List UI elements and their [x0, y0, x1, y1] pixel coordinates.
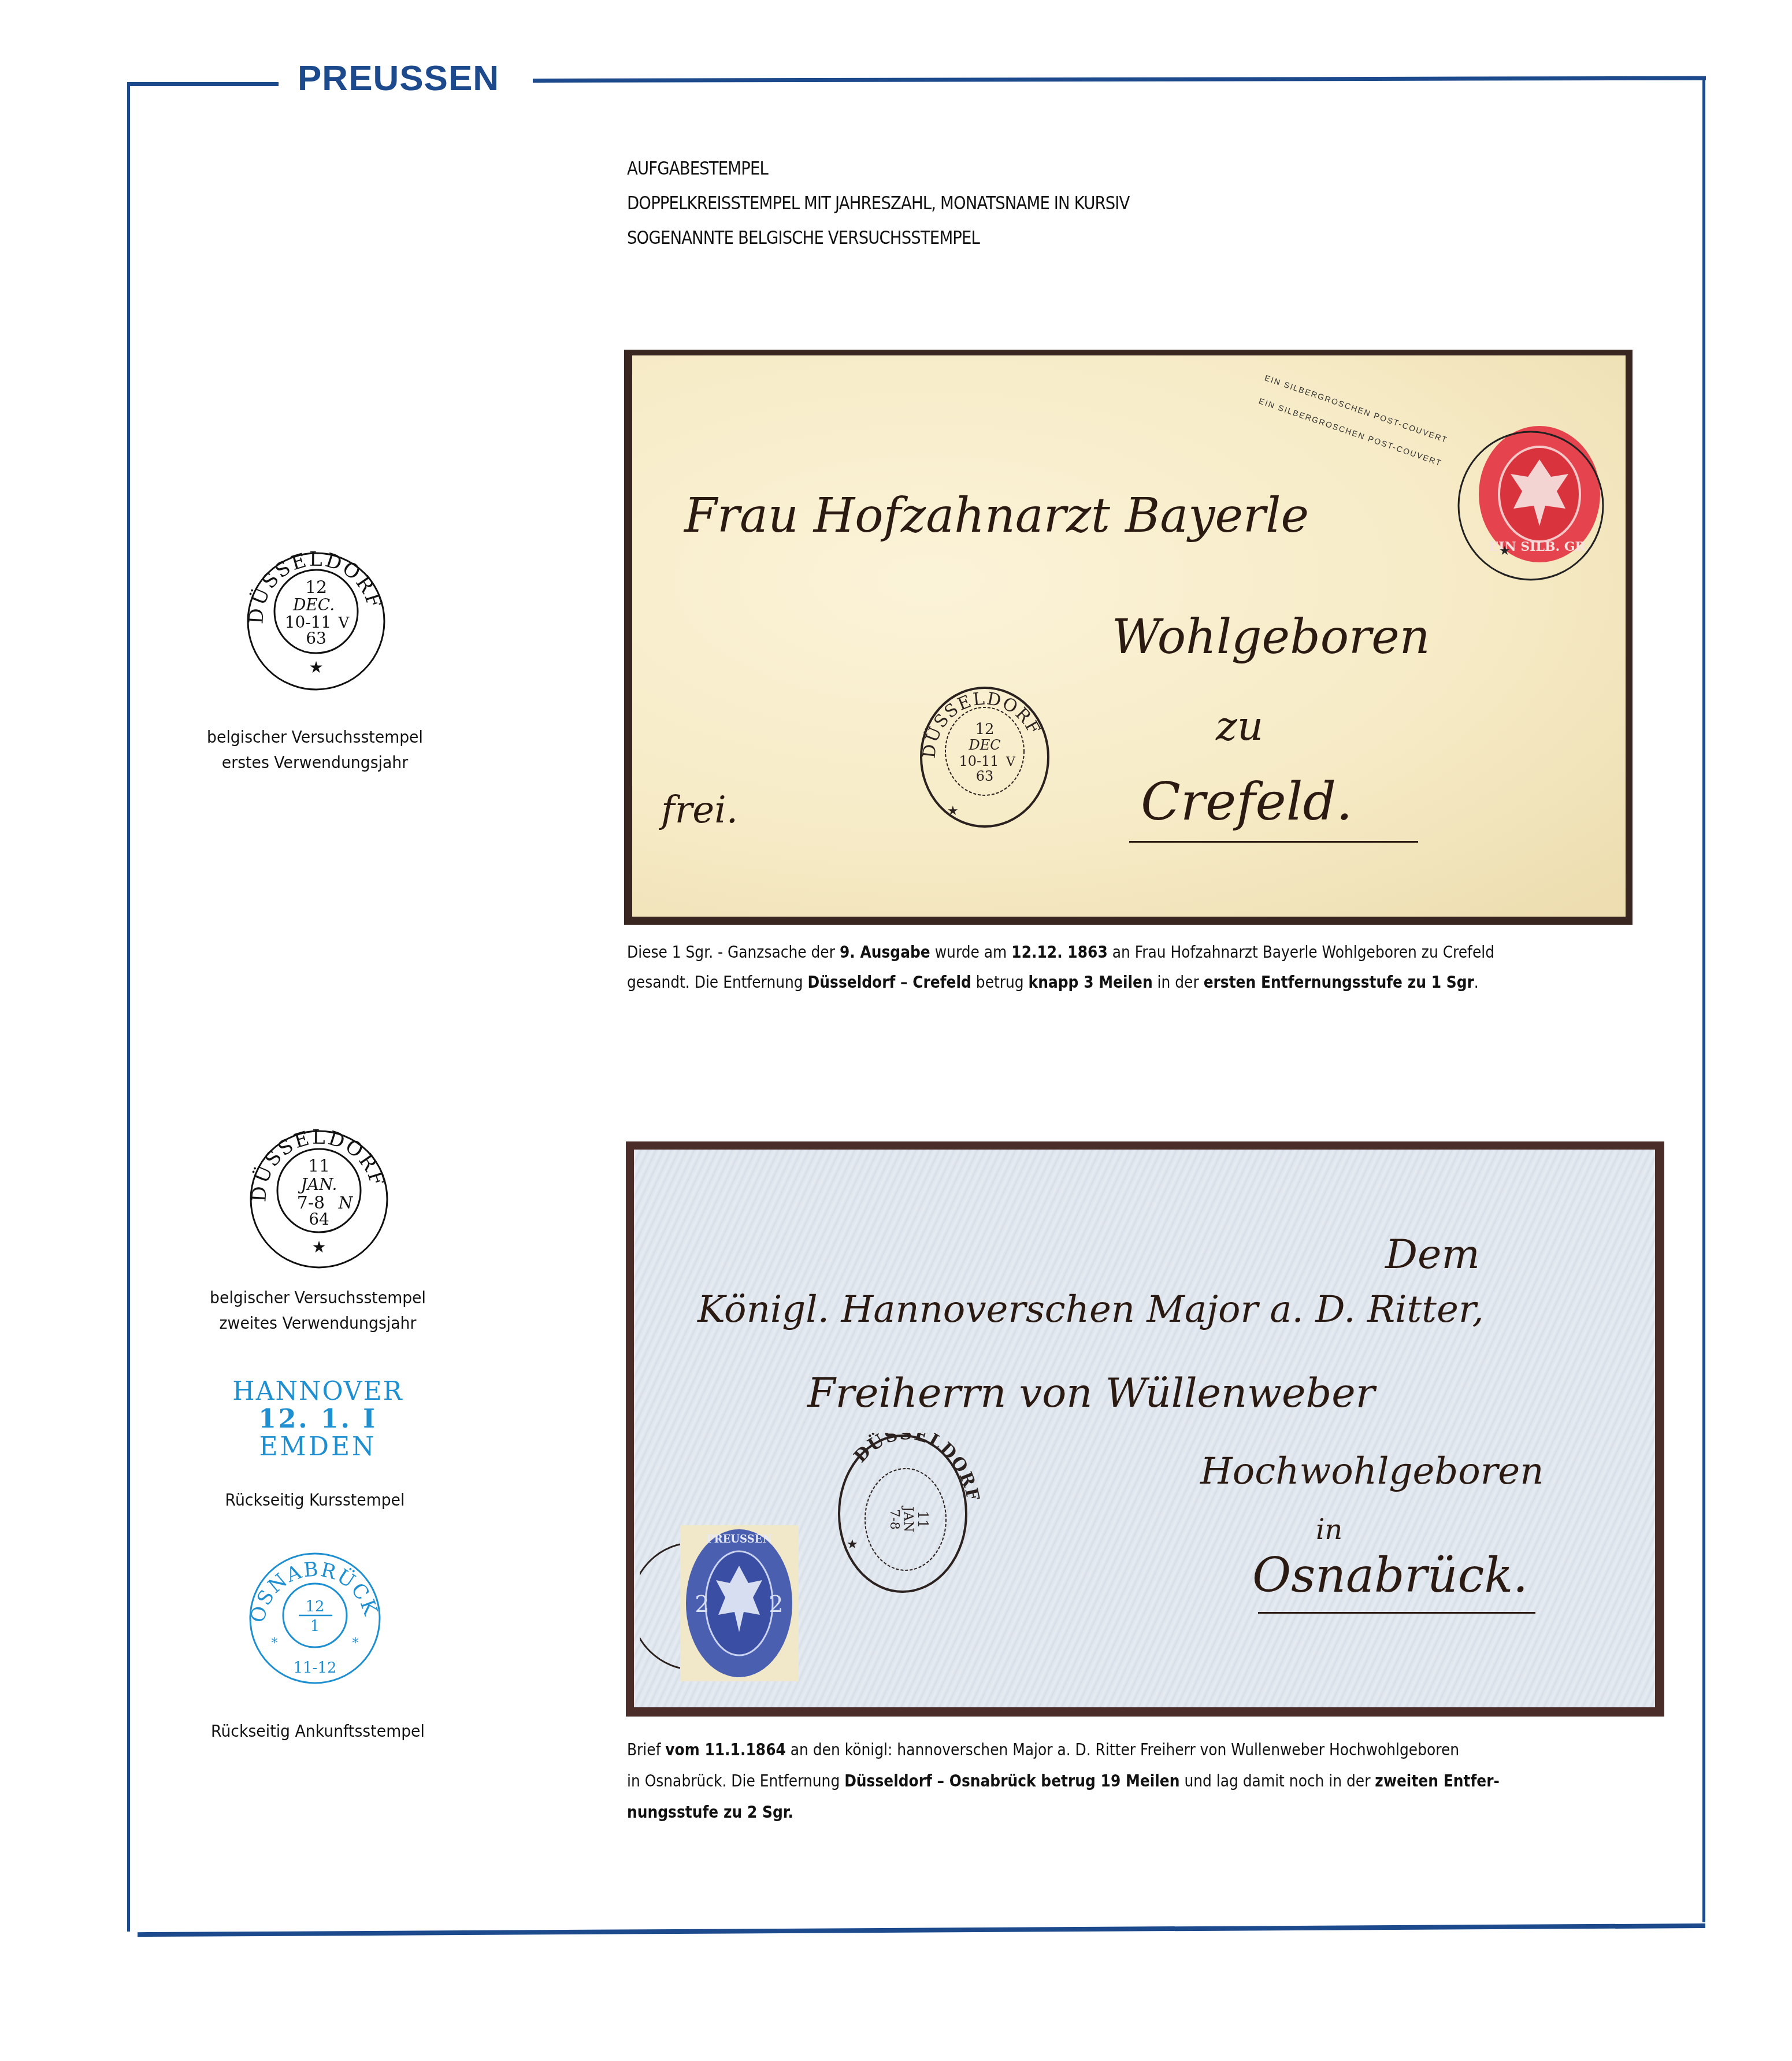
- stamp1-caption-line1: belgischer Versuchsstempel: [177, 727, 453, 747]
- envelope1-caption-line2: gesandt. Die Entfernung Düsseldorf – Cre…: [627, 972, 1479, 992]
- svg-text:1: 1: [310, 1618, 320, 1635]
- duesseldorf-1864-postmark-illustration: DÜSSELDORF 11 JAN. 7-8 N 64 ★: [243, 1118, 396, 1280]
- frame-left: [127, 82, 130, 1932]
- stamp2-caption-line1: belgischer Versuchsstempel: [180, 1288, 456, 1307]
- svg-text:DEC.: DEC.: [292, 595, 335, 614]
- address-line-4: Crefeld.: [1141, 772, 1353, 832]
- star-icon: ★: [947, 804, 959, 818]
- svg-text:DEC: DEC: [968, 737, 1000, 753]
- svg-text:HANNOVER: HANNOVER: [232, 1377, 403, 1406]
- address-line-6: Osnabrück.: [1252, 1548, 1528, 1603]
- address-line-1: Dem: [1385, 1230, 1480, 1278]
- svg-text:2: 2: [695, 1591, 709, 1618]
- svg-text:V: V: [1006, 755, 1016, 769]
- envelope-paper: EIN SILBERGROSCHEN POST-COUVERT EIN SILB…: [632, 355, 1626, 917]
- address-line-2: Wohlgeboren: [1112, 610, 1430, 665]
- asterisk-icon: *: [353, 1636, 359, 1651]
- header-line-2: DOPPELKREISSTEMPEL MIT JAHRESZAHL, MONAT…: [627, 192, 1130, 214]
- svg-text:12: 12: [305, 577, 327, 598]
- frame-bottom: [138, 1923, 1705, 1937]
- address-line-3: Freiherrn von Wüllenweber: [807, 1369, 1375, 1417]
- header-line-1: AUFGABESTEMPEL: [627, 157, 768, 179]
- header-line-3: SOGENANNTE BELGISCHE VERSUCHSSTEMPEL: [627, 227, 980, 249]
- star-icon: ★: [309, 658, 323, 677]
- duesseldorf-postmark-envelope1: DÜSSELDORF 12 DEC 10-11 V 63 ★: [912, 679, 1057, 835]
- address-underline: [1258, 1612, 1535, 1614]
- asterisk-icon: *: [272, 1636, 278, 1651]
- star-icon: ★: [1499, 544, 1511, 558]
- svg-text:12: 12: [305, 1598, 324, 1615]
- svg-text:64: 64: [309, 1210, 329, 1229]
- svg-text:2: 2: [769, 1591, 783, 1618]
- svg-text:11-12: 11-12: [294, 1659, 337, 1677]
- svg-text:JAN: JAN: [901, 1506, 915, 1532]
- svg-text:PREUSSEN: PREUSSEN: [706, 1533, 772, 1545]
- stamp1-caption-line2: erstes Verwendungsjahr: [177, 753, 453, 772]
- svg-text:63: 63: [976, 768, 994, 784]
- address-line-2: Königl. Hannoverschen Major a. D. Ritter…: [697, 1288, 1484, 1331]
- blue-2-sgr-stamp: 2 2 PREUSSEN: [640, 1496, 830, 1704]
- arrival-stamp-caption: Rückseitig Ankunftsstempel: [180, 1721, 456, 1741]
- envelope-osnabrueck-1864: Dem Königl. Hannoverschen Major a. D. Ri…: [626, 1141, 1664, 1717]
- envelope2-caption-line2: in Osnabrück. Die Entfernung Düsseldorf …: [627, 1771, 1500, 1791]
- svg-text:11: 11: [308, 1156, 330, 1176]
- page-title: PREUSSEN: [298, 58, 499, 99]
- envelope2-caption-line1: Brief vom 11.1.1864 an den königl: hanno…: [627, 1740, 1459, 1759]
- svg-text:JAN.: JAN.: [298, 1175, 337, 1194]
- duesseldorf-postmark-envelope2: DÜSSELDORF 11 JAN 7-8 ★: [830, 1433, 981, 1600]
- frame-top-right: [533, 76, 1706, 83]
- frame-top-left: [127, 82, 279, 86]
- address-line-3: zu: [1216, 702, 1263, 750]
- envelope-crefeld-1863: EIN SILBERGROSCHEN POST-COUVERT EIN SILB…: [624, 350, 1633, 925]
- franking-note: frei.: [661, 789, 738, 832]
- svg-text:63: 63: [306, 629, 327, 648]
- svg-text:12: 12: [975, 721, 994, 738]
- address-line-5: in: [1316, 1514, 1342, 1546]
- frame-right: [1702, 79, 1705, 1922]
- address-underline: [1129, 841, 1418, 843]
- svg-text:11: 11: [915, 1511, 931, 1529]
- address-line-1: Frau Hofzahnarzt Bayerle: [684, 488, 1309, 543]
- star-icon: ★: [311, 1237, 326, 1256]
- duesseldorf-1863-postmark-illustration: DÜSSELDORF 12 DEC. 10-11 V 63 ★: [240, 543, 393, 699]
- svg-text:V: V: [338, 614, 350, 632]
- star-icon: ★: [847, 1537, 858, 1552]
- svg-text:EMDEN: EMDEN: [259, 1432, 376, 1462]
- stamp2-caption-line2: zweites Verwendungsjahr: [180, 1313, 456, 1333]
- svg-text:DÜSSELDORF: DÜSSELDORF: [850, 1433, 981, 1504]
- envelope1-caption-line1: Diese 1 Sgr. - Ganzsache der 9. Ausgabe …: [627, 942, 1494, 962]
- address-line-4: Hochwohlgeboren: [1200, 1450, 1544, 1493]
- red-embossed-stamp: EIN SILB. GR. ★: [1453, 419, 1626, 592]
- svg-text:10-11: 10-11: [959, 753, 999, 769]
- envelope-paper: Dem Königl. Hannoverschen Major a. D. Ri…: [634, 1150, 1655, 1707]
- osnabrueck-arrival-postmark: OSNABRÜCK 12 1 * * 11-12: [246, 1549, 384, 1688]
- svg-text:7-8: 7-8: [887, 1509, 901, 1529]
- hannover-emden-route-stamp: HANNOVER 12. 1. I EMDEN: [220, 1376, 416, 1462]
- envelope2-caption-line3: nungsstufe zu 2 Sgr.: [627, 1802, 793, 1822]
- route-stamp-caption: Rückseitig Kursstempel: [177, 1490, 453, 1510]
- svg-text:12. 1. I: 12. 1. I: [258, 1404, 377, 1434]
- svg-text:N: N: [338, 1193, 354, 1213]
